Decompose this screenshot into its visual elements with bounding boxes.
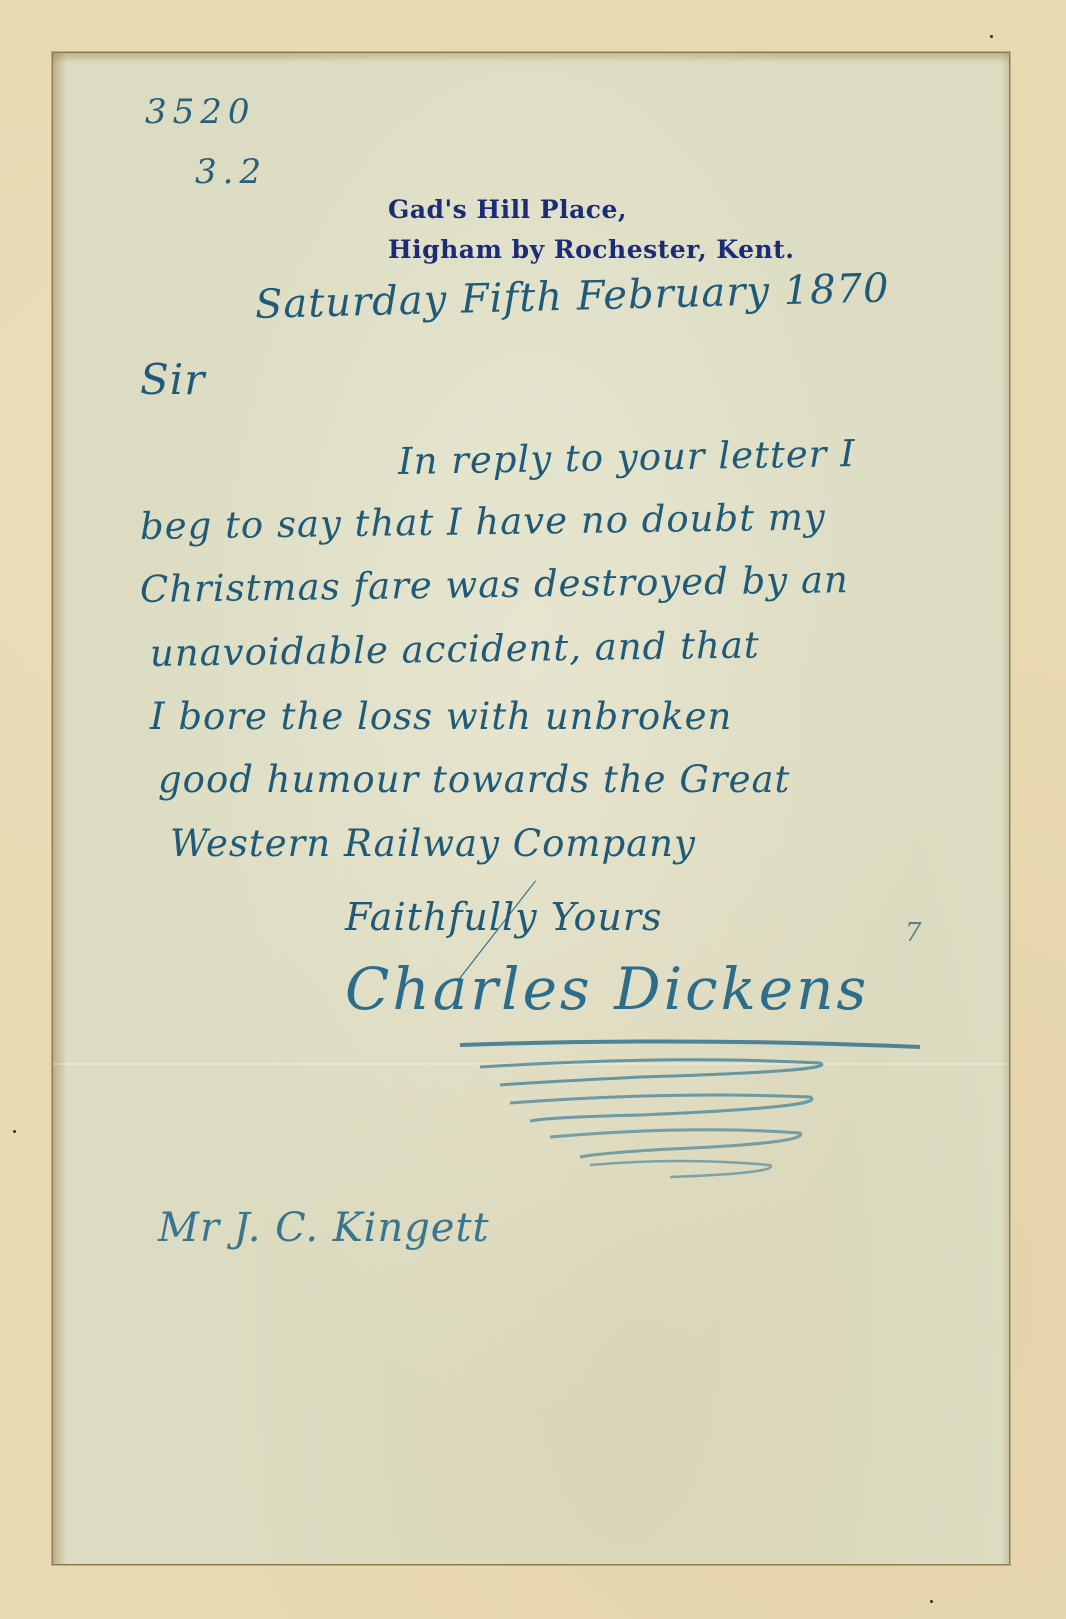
mount-speck	[13, 1130, 16, 1133]
recipient: Mr J. C. Kingett	[158, 1205, 490, 1251]
body-line: In reply to your letter I	[398, 432, 856, 483]
letterhead-line-1: Gad's Hill Place,	[388, 190, 794, 230]
body-line: good humour towards the Great	[158, 758, 790, 801]
letterhead-line-2: Higham by Rochester, Kent.	[388, 230, 794, 270]
closing: Faithfully Yours	[345, 895, 663, 939]
signature: Charles Dickens	[345, 955, 869, 1023]
mount-speck	[930, 1600, 933, 1603]
mount-speck	[990, 35, 993, 38]
signature-flourish	[440, 1025, 940, 1185]
margin-mark: 7	[905, 918, 922, 948]
body-line: I bore the loss with unbroken	[150, 695, 732, 738]
salutation: Sir	[140, 355, 205, 404]
archive-sub-number: 3.2	[195, 152, 267, 192]
archive-number: 3520	[145, 92, 256, 132]
body-line: unavoidable accident, and that	[150, 623, 760, 675]
letterhead: Gad's Hill Place, Higham by Rochester, K…	[388, 190, 794, 270]
